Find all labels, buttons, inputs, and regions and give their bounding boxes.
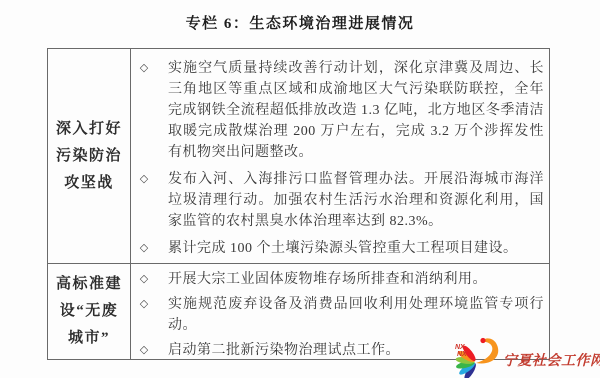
row-label: 深入打好污染防治攻坚战 — [53, 116, 125, 197]
watermark: NX NX 宁夏社会工作网 — [443, 336, 600, 378]
progress-table: 深入打好污染防治攻坚战 ◇ 实施空气质量持续改善行动计划，深化京津冀及周边、长三… — [47, 48, 550, 360]
diamond-bullet-icon: ◇ — [136, 340, 152, 359]
row-label-cell: 深入打好污染防治攻坚战 — [48, 49, 131, 263]
watermark-text: 宁夏社会工作网 — [503, 350, 600, 370]
list-item-text: 实施规范废弃设备及消费品回收利用处理环境监管专项行动。 — [168, 294, 544, 336]
logo-letters: NX — [455, 344, 466, 351]
list-item-text: 开展大宗工业固体废物堆存场所排查和消纳利用。 — [168, 269, 544, 290]
row-label: 高标准建设“无废城市” — [53, 271, 125, 352]
row-label-cell: 高标准建设“无废城市” — [48, 264, 131, 359]
row-content-cell: ◇ 实施空气质量持续改善行动计划，深化京津冀及周边、长三角地区等重点区域和成渝地… — [131, 49, 549, 263]
diamond-bullet-icon: ◇ — [136, 294, 152, 336]
list-item-text: 发布入河、入海排污口监督管理办法。开展沿海城市海洋垃圾清理行动。加强农村生活污水… — [168, 169, 544, 232]
document-page: 专栏 6：生态环境治理进展情况 深入打好污染防治攻坚战 ◇ 实施空气质量持续改善… — [0, 0, 600, 378]
logo-letters: NX — [457, 351, 468, 358]
table-row-pollution-control: 深入打好污染防治攻坚战 ◇ 实施空气质量持续改善行动计划，深化京津冀及周边、长三… — [48, 49, 549, 264]
diamond-bullet-icon: ◇ — [136, 238, 152, 259]
diamond-bullet-icon: ◇ — [136, 58, 152, 163]
list-item: ◇ 开展大宗工业固体废物堆存场所排查和消纳利用。 — [136, 269, 544, 290]
box-title: 专栏 6：生态环境治理进展情况 — [0, 12, 600, 33]
list-item: ◇ 实施规范废弃设备及消费品回收利用处理环境监管专项行动。 — [136, 294, 544, 336]
list-item-text: 累计完成 100 个土壤污染源头管控重大工程项目建设。 — [168, 238, 544, 259]
list-item-text: 实施空气质量持续改善行动计划，深化京津冀及周边、长三角地区等重点区域和成渝地区大… — [168, 58, 544, 163]
list-item: ◇ 实施空气质量持续改善行动计划，深化京津冀及周边、长三角地区等重点区域和成渝地… — [136, 58, 544, 163]
list-item: ◇ 累计完成 100 个土壤污染源头管控重大工程项目建设。 — [136, 238, 544, 259]
diamond-bullet-icon: ◇ — [136, 169, 152, 232]
diamond-bullet-icon: ◇ — [136, 269, 152, 290]
list-item: ◇ 发布入河、入海排污口监督管理办法。开展沿海城市海洋垃圾清理行动。加强农村生活… — [136, 169, 544, 232]
